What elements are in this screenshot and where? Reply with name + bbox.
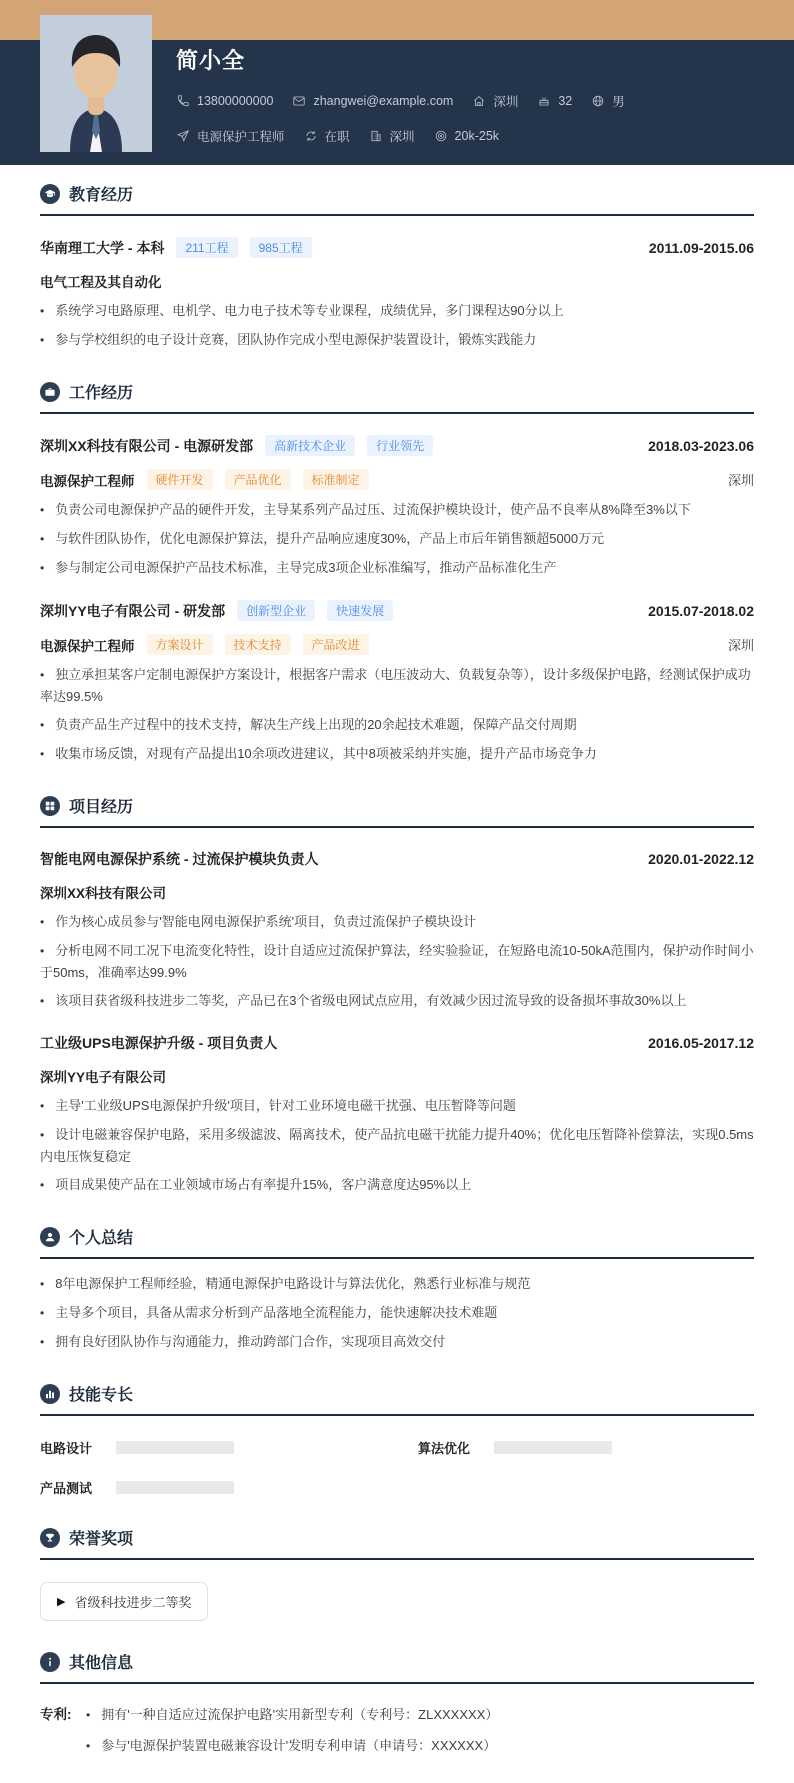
age-icon — [537, 94, 551, 108]
project-name: 智能电网电源保护系统 - 过流保护模块负责人 — [40, 849, 318, 869]
projects-icon — [40, 796, 60, 816]
resume-body: 教育经历 华南理工大学 - 本科 211工程 985工程 2011.09-201… — [0, 182, 794, 1783]
section-header: 教育经历 — [40, 182, 754, 216]
gender-globe-icon — [591, 94, 605, 108]
project-date: 2016.05-2017.12 — [648, 1035, 754, 1051]
section-title: 教育经历 — [69, 182, 133, 205]
honor-label: 省级科技进步二等奖 — [74, 1592, 191, 1611]
skill-label: 算法优化 — [418, 1438, 482, 1457]
role-tag: 方案设计 — [147, 634, 213, 655]
role-title: 电源保护工程师 — [40, 470, 135, 490]
section-title: 其他信息 — [69, 1650, 133, 1673]
resume-header: 简小全 13800000000 zhangwei@example.com 深圳 … — [0, 0, 794, 165]
profile-photo — [40, 15, 152, 152]
education-entry: 华南理工大学 - 本科 211工程 985工程 2011.09-2015.06 … — [40, 237, 754, 351]
contact-row-2: 电源保护工程师 在职 深圳 20k-25k — [176, 127, 764, 145]
honor-list: ▶ 省级科技进步二等奖 — [40, 1582, 754, 1621]
profile-photo-placeholder — [40, 15, 152, 152]
education-bullets: 系统学习电路原理、电机学、电力电子技术等专业课程，成绩优异，多门课程达90分以上… — [40, 300, 754, 351]
company-name: 深圳XX科技有限公司 - 电源研发部 — [40, 436, 253, 456]
project-company: 深圳YY电子有限公司 — [40, 1066, 166, 1086]
section-header: 其他信息 — [40, 1650, 754, 1684]
section-other: 其他信息 专利: 拥有'一种自适应过流保护电路'实用新型专利（专利号：ZLXXX… — [40, 1650, 754, 1757]
section-honors: 荣誉奖项 ▶ 省级科技进步二等奖 — [40, 1526, 754, 1621]
skills-grid: 电路设计 算法优化 产品测试 — [40, 1438, 754, 1497]
bullet-item: 项目成果使产品在工业领域市场占有率提升15%，客户满意度达95%以上 — [40, 1174, 754, 1196]
home-icon — [472, 94, 486, 108]
skill-bar — [116, 1481, 234, 1494]
bullet-item: 参与'电源保护装置电磁兼容设计'发明专利申请（申请号：XXXXXX） — [86, 1735, 754, 1757]
age-value: 32 — [558, 94, 572, 108]
section-title: 技能专长 — [69, 1382, 133, 1405]
contact-status: 在职 — [304, 127, 350, 145]
position-title: 电源保护工程师 — [197, 127, 285, 145]
contact-home-city: 深圳 — [472, 92, 518, 110]
company-tag: 快速发展 — [327, 600, 393, 621]
school-name: 华南理工大学 - 本科 — [40, 238, 164, 258]
section-title: 个人总结 — [69, 1225, 133, 1248]
work-date: 2018.03-2023.06 — [648, 438, 754, 454]
company-tag: 高新技术企业 — [265, 435, 355, 456]
work-icon — [40, 382, 60, 402]
role-tag: 技术支持 — [225, 634, 291, 655]
contact-salary: 20k-25k — [434, 129, 499, 143]
project-company: 深圳XX科技有限公司 — [40, 882, 166, 902]
person-name: 简小全 — [176, 44, 764, 75]
work-entry: 深圳XX科技有限公司 - 电源研发部 高新技术企业 行业领先 2018.03-2… — [40, 435, 754, 579]
section-summary: 个人总结 8年电源保护工程师经验，精通电源保护电路设计与算法优化，熟悉行业标准与… — [40, 1225, 754, 1353]
summary-icon — [40, 1227, 60, 1247]
email-address: zhangwei@example.com — [313, 94, 453, 108]
section-header: 个人总结 — [40, 1225, 754, 1259]
patent-label: 专利: — [40, 1704, 86, 1757]
info-icon — [44, 1656, 56, 1668]
bullet-item: 设计电磁兼容保护电路，采用多级滤波、隔离技术，使产品抗电磁干扰能力提升40%；优… — [40, 1124, 754, 1167]
bullet-item: 拥有'一种自适应过流保护电路'实用新型专利（专利号：ZLXXXXXX） — [86, 1704, 754, 1726]
phone-icon — [176, 94, 190, 108]
project-entry: 智能电网电源保护系统 - 过流保护模块负责人 2020.01-2022.12 深… — [40, 849, 754, 1012]
bullet-item: 系统学习电路原理、电机学、电力电子技术等专业课程，成绩优异，多门课程达90分以上 — [40, 300, 754, 322]
section-header: 技能专长 — [40, 1382, 754, 1416]
work-bullets: 负责公司电源保护产品的硬件开发，主导某系列产品过压、过流保护模块设计，使产品不良… — [40, 499, 754, 579]
salary-icon — [434, 129, 448, 143]
status-icon — [304, 129, 318, 143]
mail-icon — [292, 94, 306, 108]
education-date: 2011.09-2015.06 — [649, 240, 754, 256]
project-bullets: 作为核心成员参与'智能电网电源保护系统'项目，负责过流保护子模块设计 分析电网不… — [40, 911, 754, 1012]
work-location: 深圳 — [728, 635, 754, 654]
role-tag: 产品改进 — [303, 634, 369, 655]
contact-position: 电源保护工程师 — [176, 127, 285, 145]
bullet-item: 作为核心成员参与'智能电网电源保护系统'项目，负责过流保护子模块设计 — [40, 911, 754, 933]
job-status: 在职 — [325, 127, 350, 145]
bullet-item: 独立承担某客户定制电源保护方案设计，根据客户需求（电压波动大、负载复杂等），设计… — [40, 664, 754, 707]
grid-icon — [44, 800, 56, 812]
trophy-icon — [44, 1532, 56, 1544]
section-header: 工作经历 — [40, 380, 754, 414]
bar-chart-icon — [44, 1388, 56, 1400]
company-tag: 创新型企业 — [237, 600, 315, 621]
skill-item: 算法优化 — [418, 1438, 754, 1457]
city-value: 深圳 — [390, 127, 415, 145]
major-name: 电气工程及其自动化 — [40, 271, 162, 291]
school-tag: 211工程 — [176, 237, 237, 258]
bullet-item: 与软件团队协作，优化电源保护算法，提升产品响应速度30%，产品上市后年销售额超5… — [40, 528, 754, 550]
school-tag: 985工程 — [250, 237, 312, 258]
company-tag: 行业领先 — [367, 435, 433, 456]
contact-age: 32 — [537, 94, 572, 108]
section-title: 项目经历 — [69, 794, 133, 817]
contact-city: 深圳 — [369, 127, 415, 145]
patent-row: 专利: 拥有'一种自适应过流保护电路'实用新型专利（专利号：ZLXXXXXX） … — [40, 1704, 754, 1757]
section-header: 项目经历 — [40, 794, 754, 828]
gender-value: 男 — [612, 92, 625, 110]
contact-phone: 13800000000 — [176, 94, 273, 108]
city-icon — [369, 129, 383, 143]
contact-gender: 男 — [591, 92, 625, 110]
bullet-item: 参与制定公司电源保护产品技术标准，主导完成3项企业标准编写，推动产品标准化生产 — [40, 557, 754, 579]
role-tag: 产品优化 — [225, 469, 291, 490]
section-work: 工作经历 深圳XX科技有限公司 - 电源研发部 高新技术企业 行业领先 2018… — [40, 380, 754, 765]
salary-range: 20k-25k — [455, 129, 499, 143]
bullet-item: 负责产品生产过程中的技术支持，解决生产线上出现的20余起技术难题，保障产品交付周… — [40, 714, 754, 736]
honor-chip[interactable]: ▶ 省级科技进步二等奖 — [40, 1582, 208, 1621]
user-icon — [44, 1231, 56, 1243]
bullet-item: 负责公司电源保护产品的硬件开发，主导某系列产品过压、过流保护模块设计，使产品不良… — [40, 499, 754, 521]
patent-bullets: 拥有'一种自适应过流保护电路'实用新型专利（专利号：ZLXXXXXX） 参与'电… — [86, 1704, 754, 1757]
other-info-icon — [40, 1652, 60, 1672]
skill-item: 电路设计 — [40, 1438, 376, 1457]
skill-label: 产品测试 — [40, 1478, 104, 1497]
honors-icon — [40, 1528, 60, 1548]
project-name: 工业级UPS电源保护升级 - 项目负责人 — [40, 1033, 277, 1053]
phone-number: 13800000000 — [197, 94, 273, 108]
briefcase-icon — [44, 386, 56, 398]
play-icon: ▶ — [57, 1595, 65, 1608]
contact-email: zhangwei@example.com — [292, 94, 453, 108]
role-title: 电源保护工程师 — [40, 635, 135, 655]
work-entry: 深圳YY电子有限公司 - 研发部 创新型企业 快速发展 2015.07-2018… — [40, 600, 754, 765]
skills-icon — [40, 1384, 60, 1404]
bullet-item: 分析电网不同工况下电流变化特性，设计自适应过流保护算法，经实验验证，在短路电流1… — [40, 940, 754, 983]
bullet-item: 8年电源保护工程师经验，精通电源保护电路设计与算法优化，熟悉行业标准与规范 — [40, 1273, 754, 1295]
bullet-item: 参与学校组织的电子设计竞赛，团队协作完成小型电源保护装置设计，锻炼实践能力 — [40, 329, 754, 351]
section-education: 教育经历 华南理工大学 - 本科 211工程 985工程 2011.09-201… — [40, 182, 754, 351]
education-icon — [40, 184, 60, 204]
position-icon — [176, 129, 190, 143]
project-date: 2020.01-2022.12 — [648, 851, 754, 867]
section-skills: 技能专长 电路设计 算法优化 产品测试 — [40, 1382, 754, 1497]
bullet-item: 主导'工业级UPS电源保护升级'项目，针对工业环境电磁干扰强、电压暂降等问题 — [40, 1095, 754, 1117]
home-city: 深圳 — [493, 92, 518, 110]
graduation-cap-icon — [44, 188, 56, 200]
contact-row-1: 13800000000 zhangwei@example.com 深圳 32 男 — [176, 92, 764, 110]
bullet-item: 收集市场反馈，对现有产品提出10余项改进建议，其中8项被采纳并实施，提升产品市场… — [40, 743, 754, 765]
role-tag: 标准制定 — [303, 469, 369, 490]
section-header: 荣誉奖项 — [40, 1526, 754, 1560]
bullet-item: 拥有良好团队协作与沟通能力，推动跨部门合作，实现项目高效交付 — [40, 1331, 754, 1353]
role-tag: 硬件开发 — [147, 469, 213, 490]
skill-label: 电路设计 — [40, 1438, 104, 1457]
section-title: 工作经历 — [69, 380, 133, 403]
skill-bar — [116, 1441, 234, 1454]
work-date: 2015.07-2018.02 — [648, 603, 754, 619]
bullet-item: 主导多个项目，具备从需求分析到产品落地全流程能力，能快速解决技术难题 — [40, 1302, 754, 1324]
summary-bullets: 8年电源保护工程师经验，精通电源保护电路设计与算法优化，熟悉行业标准与规范 主导… — [40, 1273, 754, 1353]
work-location: 深圳 — [728, 470, 754, 489]
project-entry: 工业级UPS电源保护升级 - 项目负责人 2016.05-2017.12 深圳Y… — [40, 1033, 754, 1196]
bullet-item: 该项目获省级科技进步二等奖，产品已在3个省级电网试点应用，有效减少因过流导致的设… — [40, 990, 754, 1012]
skill-bar — [494, 1441, 612, 1454]
skill-item: 产品测试 — [40, 1478, 376, 1497]
section-title: 荣誉奖项 — [69, 1526, 133, 1549]
project-bullets: 主导'工业级UPS电源保护升级'项目，针对工业环境电磁干扰强、电压暂降等问题 设… — [40, 1095, 754, 1196]
section-projects: 项目经历 智能电网电源保护系统 - 过流保护模块负责人 2020.01-2022… — [40, 794, 754, 1196]
company-name: 深圳YY电子有限公司 - 研发部 — [40, 601, 225, 621]
work-bullets: 独立承担某客户定制电源保护方案设计，根据客户需求（电压波动大、负载复杂等），设计… — [40, 664, 754, 765]
